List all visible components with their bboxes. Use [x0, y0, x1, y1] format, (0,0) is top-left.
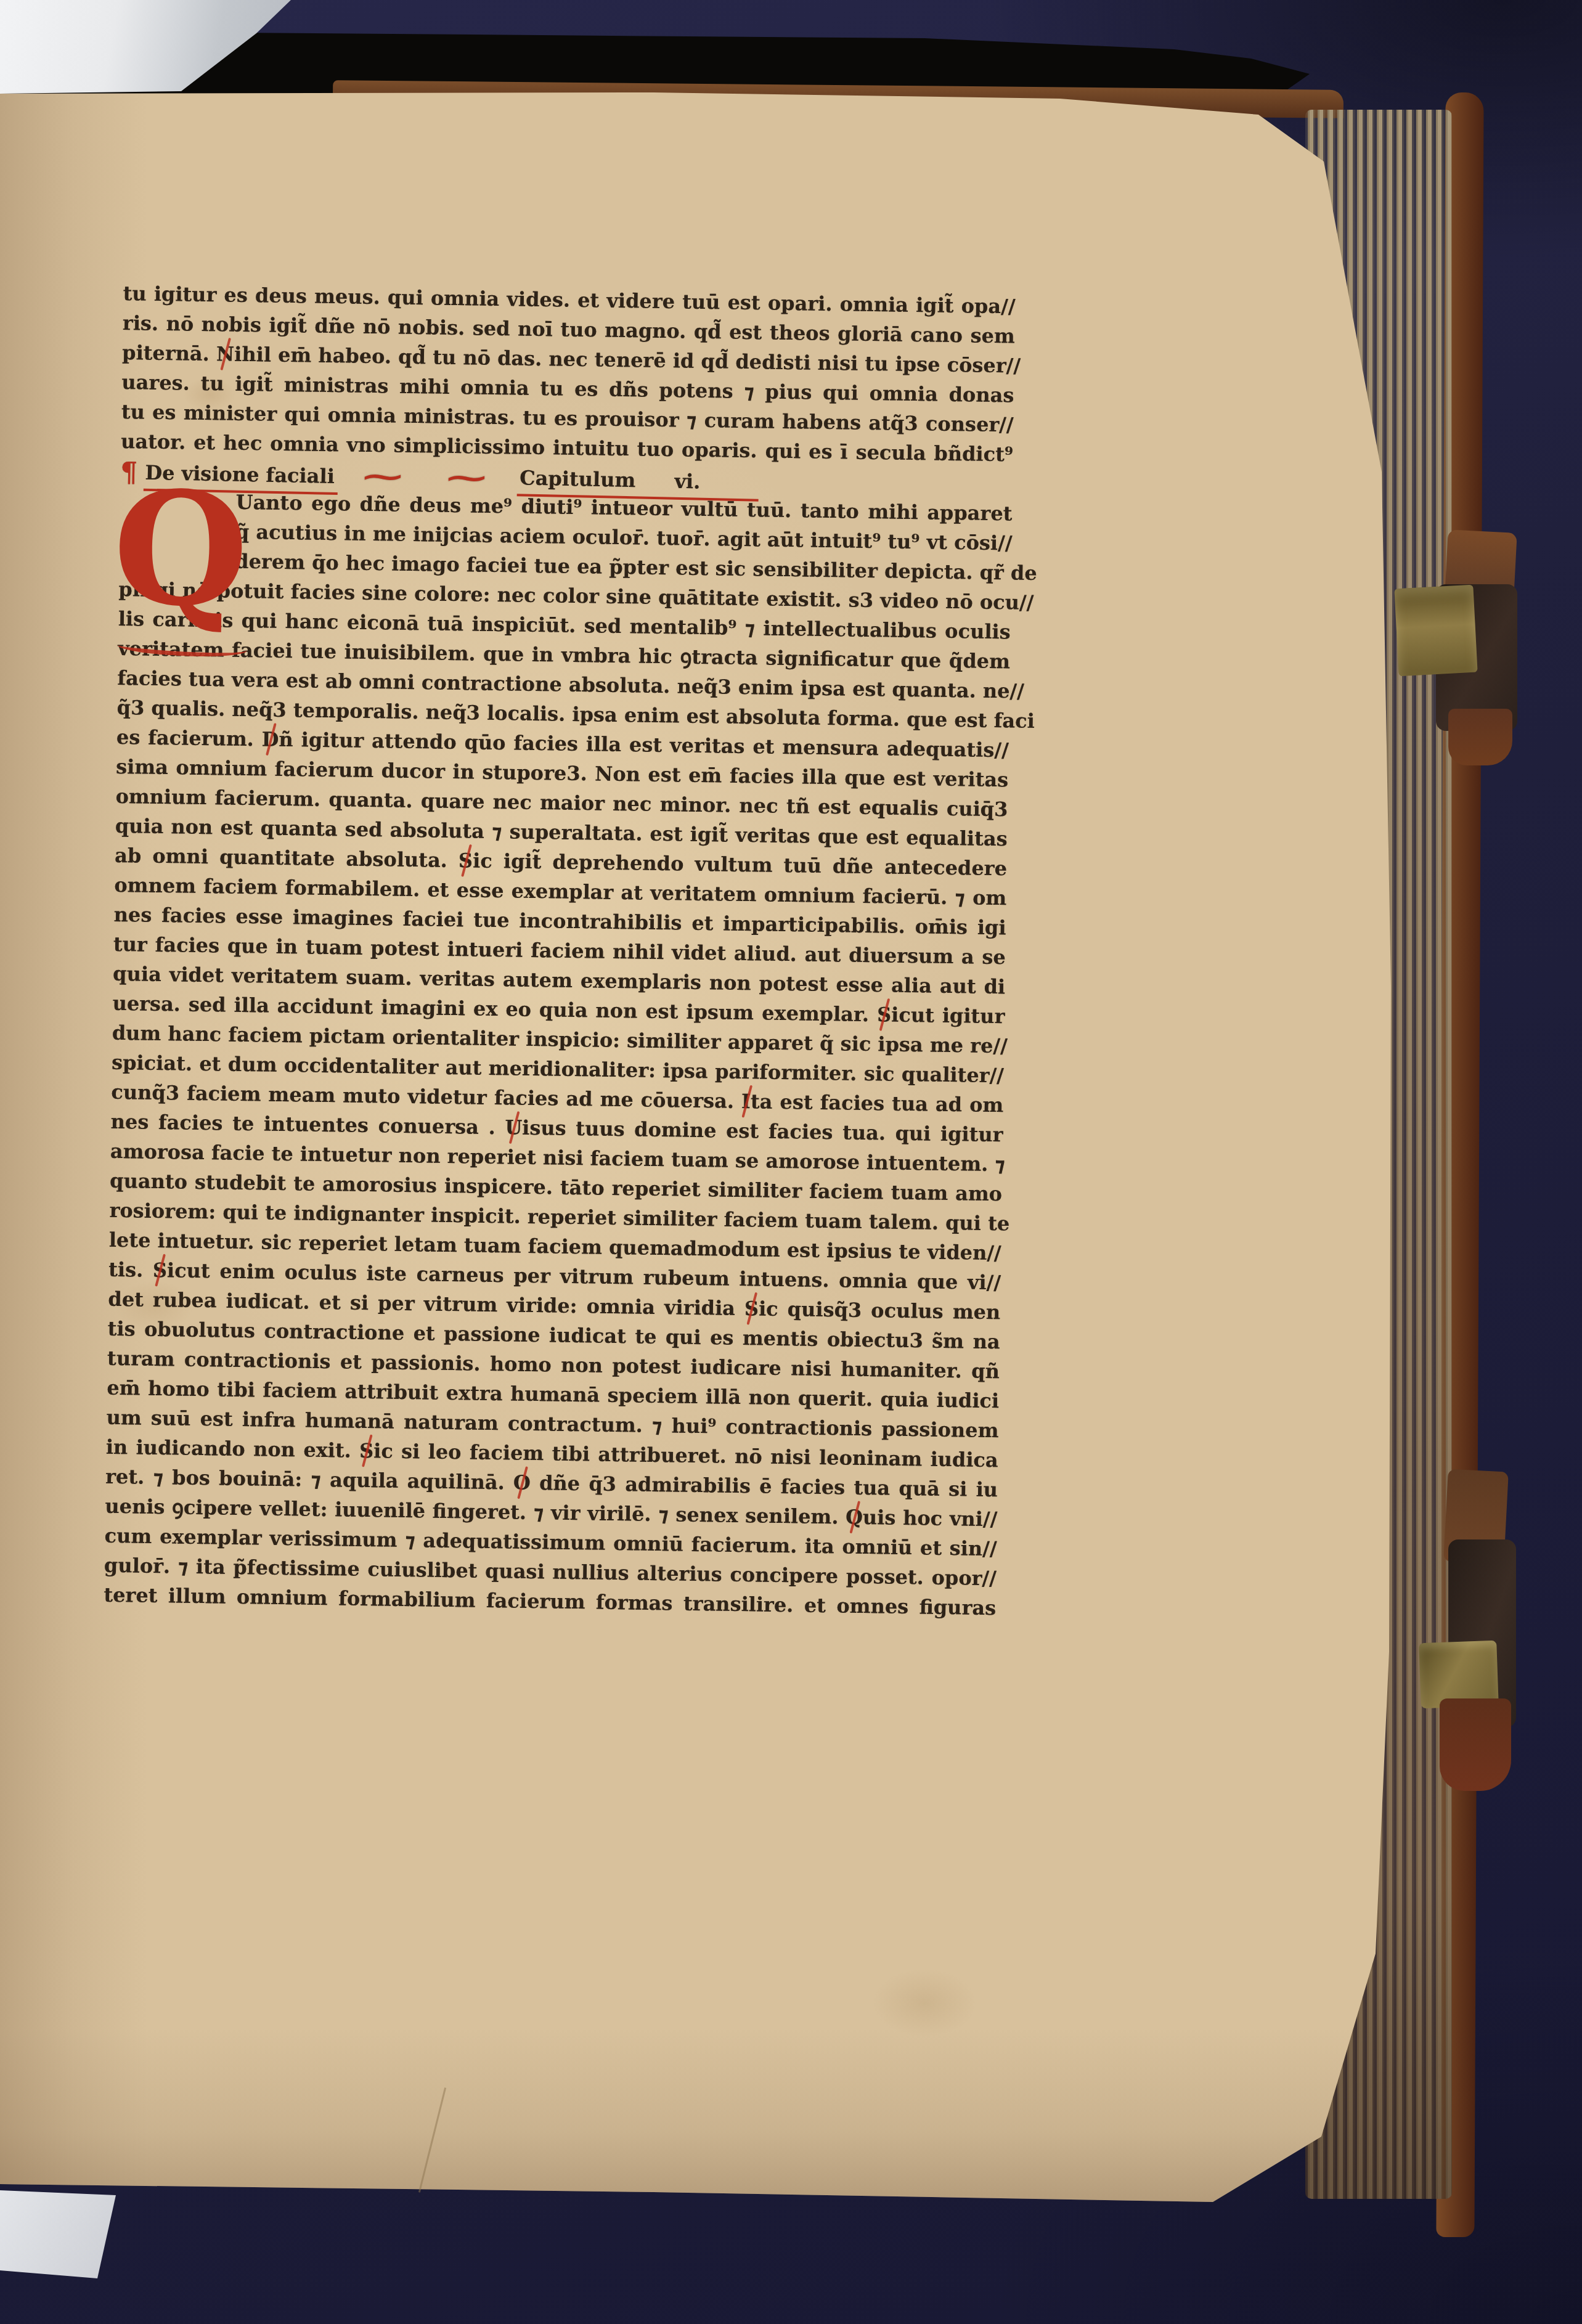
- drop-cap-initial: Q: [112, 471, 232, 628]
- pre-rubric-lines: tu igitur es deus meus. qui omnia vides.…: [121, 279, 1016, 469]
- line-text: piternā.: [122, 341, 216, 365]
- photo-stage: tu igitur es deus meus. qui omnia vides.…: [0, 0, 1582, 2324]
- rubricated-capital: N: [216, 339, 235, 369]
- line-text: tis.: [108, 1258, 153, 1282]
- rubricated-capital: Q: [846, 1502, 863, 1532]
- chapter-lines: Q Uanto ego dñe deus me⁹ diuti⁹ intueor …: [104, 486, 1013, 1623]
- rubricated-capital: I: [741, 1087, 751, 1116]
- rubricated-capital: U: [505, 1112, 523, 1142]
- line-text: ab omni quantitate absoluta.: [115, 844, 459, 872]
- clasp-lower-rust-tongue: [1440, 1698, 1511, 1791]
- rubricated-capital: O: [513, 1468, 531, 1498]
- line-text: ta est facies tua ad om: [751, 1090, 1004, 1117]
- line-text: ic quisq̃3 oculus men: [759, 1297, 1001, 1324]
- rubricated-capital: S: [877, 1000, 892, 1029]
- line-text: es facierum.: [116, 725, 262, 751]
- line-text: icut igitur: [891, 1003, 1005, 1029]
- rubricated-capital: S: [359, 1436, 374, 1466]
- rubricated-capital: S: [744, 1294, 759, 1323]
- rubricated-capital: S: [153, 1255, 168, 1285]
- line-text: dñe q̄3 admirabilis ē facies tua quā si …: [531, 1471, 998, 1501]
- line-text: uis hoc vni//: [863, 1506, 998, 1531]
- rubricated-capital: S: [459, 846, 473, 875]
- chapter-number: vi.: [674, 470, 701, 494]
- clasp-upper-brass-plate: [1394, 585, 1477, 677]
- line-text: isus tuus domine est facies tua. qui igi…: [522, 1116, 1003, 1147]
- line-text: nes facies te intuentes conuersa .: [110, 1110, 505, 1139]
- line-text: in iudicando non exit.: [106, 1435, 360, 1462]
- chapter-label: Capitulum: [520, 466, 636, 492]
- rubricated-capital: D: [261, 724, 279, 754]
- clasp-upper-rust-fitting: [1448, 709, 1512, 765]
- line-text: ret. ⁊ bos bouinā: ⁊ aquila aquilinā.: [105, 1465, 513, 1494]
- line-text: ic igit̃ deprehendo vultum tuū dñe antec…: [473, 849, 1007, 881]
- text-block: tu igitur es deus meus. qui omnia vides.…: [104, 279, 1016, 1623]
- rubric-tail: [759, 489, 1013, 492]
